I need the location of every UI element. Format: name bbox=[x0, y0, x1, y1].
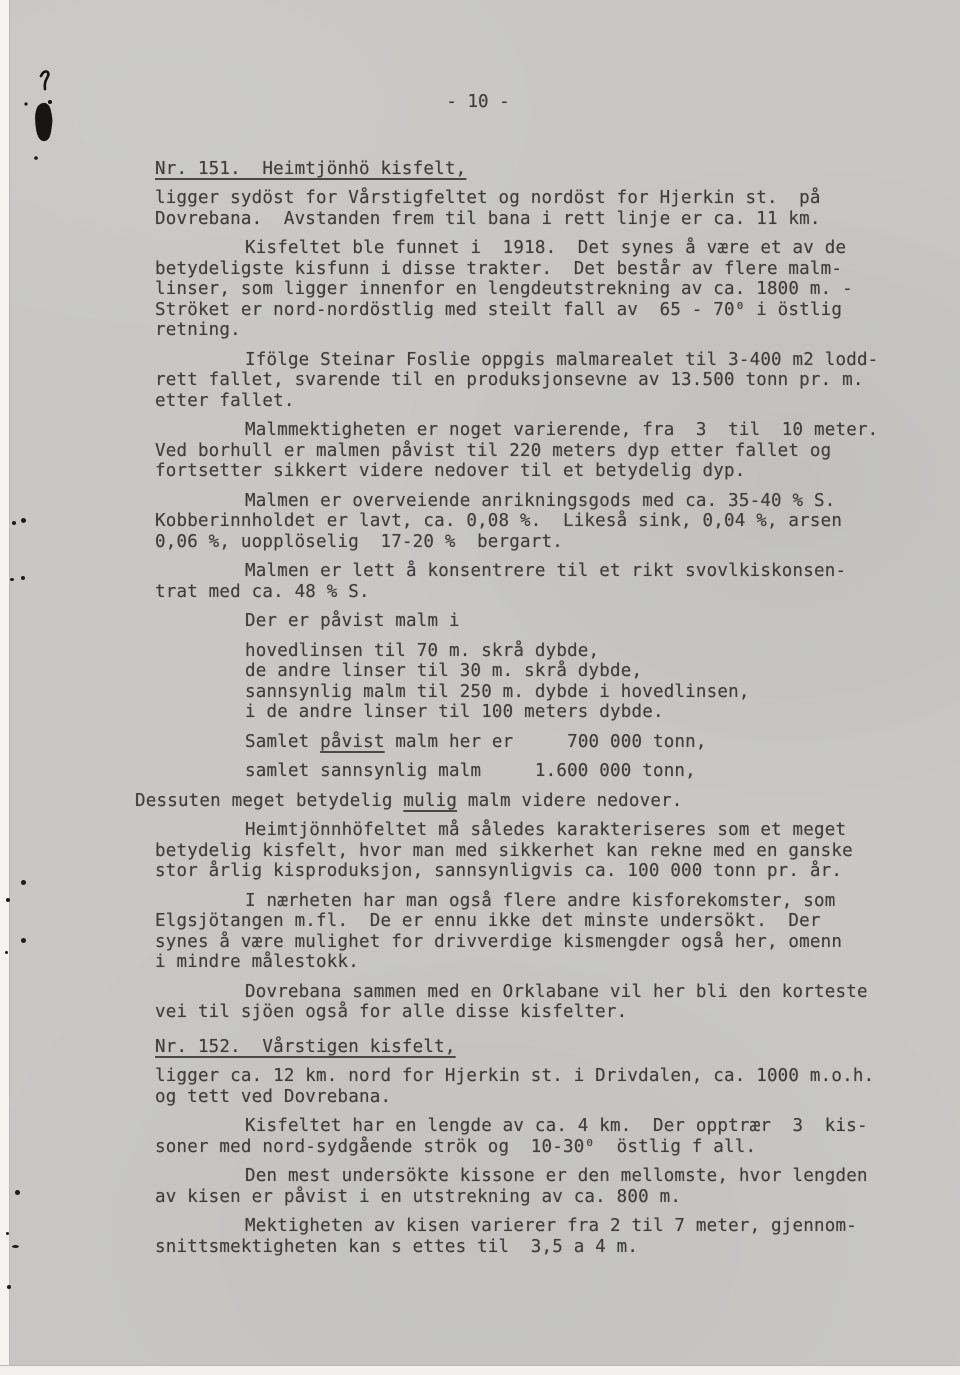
text-segment: snittsmektigheten kan s ettes til 3,5 a … bbox=[155, 1237, 638, 1257]
paragraph: Mektigheten av kisen varierer fra 2 til … bbox=[155, 1216, 920, 1257]
text-line: Dovrebana sammen med en Orklabane vil he… bbox=[155, 982, 920, 1003]
text-line: Dovrebana. Avstanden frem til bana i ret… bbox=[155, 209, 920, 230]
text-line: Kisfeltet har en lengde av ca. 4 km. Der… bbox=[155, 1116, 920, 1137]
text-segment: Malmen er overveiende anrikningsgods med… bbox=[245, 491, 835, 511]
text-line: Malmen er lett å konsentrere til et rikt… bbox=[155, 561, 920, 582]
margin-speck bbox=[21, 880, 26, 885]
text-segment: Malmmektigheten er noget varierende, fra… bbox=[245, 420, 878, 440]
text-line: Ifölge Steinar Foslie oppgis malmarealet… bbox=[155, 350, 920, 371]
text-segment: betydeligste kisfunn i disse trakter. De… bbox=[155, 259, 842, 279]
paragraph: Malmen er lett å konsentrere til et rikt… bbox=[155, 561, 920, 602]
paragraph: Ifölge Steinar Foslie oppgis malmarealet… bbox=[155, 350, 920, 412]
text-line: Ved borhull er malmen påvist til 220 met… bbox=[155, 441, 920, 462]
text-segment: Ifölge Steinar Foslie oppgis malmarealet… bbox=[245, 350, 878, 370]
text-segment: hovedlinsen til 70 m. skrå dybde, bbox=[245, 641, 599, 661]
text-segment: vei til sjöen også for alle disse kisfel… bbox=[155, 1002, 627, 1022]
margin-speck bbox=[21, 938, 26, 943]
text-line: fortsetter sikkert videre nedover til et… bbox=[155, 461, 920, 482]
text-line: stor årlig kisproduksjon, sannsynligvis … bbox=[155, 861, 920, 882]
margin-speck bbox=[6, 898, 10, 902]
margin-speck bbox=[21, 576, 25, 580]
nr-152-heading: Nr. 152. Vårstigen kisfelt, bbox=[155, 1037, 920, 1058]
paragraph: Dessuten meget betydelig mulig malm vide… bbox=[155, 791, 920, 812]
page-content: - 10 - Nr. 151. Heimtjönhö kisfelt,ligge… bbox=[0, 0, 960, 1257]
text-line: de andre linser til 30 m. skrå dybde, bbox=[155, 661, 920, 682]
text-segment: linser, som ligger innenfor en lengdeuts… bbox=[155, 279, 853, 299]
underlined-text: Nr. 151. Heimtjönhö kisfelt, bbox=[155, 159, 466, 179]
text-segment: Elgsjötangen m.fl. De er ennu ikke det m… bbox=[155, 911, 821, 931]
text-line: i mindre målestokk. bbox=[155, 952, 920, 973]
text-segment: retning. bbox=[155, 320, 241, 340]
scan-edge-bottom bbox=[0, 1365, 960, 1375]
paragraph: hovedlinsen til 70 m. skrå dybde,de andr… bbox=[155, 641, 920, 723]
text-segment: i mindre målestokk. bbox=[155, 952, 359, 972]
text-segment: synes å være mulighet for drivverdige ki… bbox=[155, 932, 842, 952]
text-line: hovedlinsen til 70 m. skrå dybde, bbox=[155, 641, 920, 662]
paragraph: Samlet påvist malm her er 700 000 tonn, bbox=[155, 732, 920, 753]
text-segment: Ved borhull er malmen påvist til 220 met… bbox=[155, 441, 831, 461]
paragraph: I nærheten har man også flere andre kisf… bbox=[155, 891, 920, 973]
text-segment: ligger ca. 12 km. nord for Hjerkin st. i… bbox=[155, 1066, 874, 1086]
paragraph: Malmen er overveiende anrikningsgods med… bbox=[155, 491, 920, 553]
text-segment: sannsynlig malm til 250 m. dybde i hoved… bbox=[245, 682, 750, 702]
text-line: sannsynlig malm til 250 m. dybde i hoved… bbox=[155, 682, 920, 703]
text-segment: samlet sannsynlig malm 1.600 000 tonn, bbox=[245, 761, 696, 781]
underlined-text: påvist bbox=[320, 732, 384, 752]
text-line: Malmen er overveiende anrikningsgods med… bbox=[155, 491, 920, 512]
text-segment: de andre linser til 30 m. skrå dybde, bbox=[245, 661, 642, 681]
text-line: Malmmektigheten er noget varierende, fra… bbox=[155, 420, 920, 441]
text-segment: soner med nord-sydgående strök og 10-30⁰… bbox=[155, 1137, 756, 1157]
text-line: trat med ca. 48 % S. bbox=[155, 582, 920, 603]
paragraph: ligger sydöst for Vårstigfeltet og nordö… bbox=[155, 188, 920, 229]
text-segment: i de andre linser til 100 meters dybde. bbox=[245, 702, 664, 722]
text-line: og tett ved Dovrebana. bbox=[155, 1087, 920, 1108]
text-line: Heimtjönnhöfeltet må således karakterise… bbox=[155, 820, 920, 841]
text-line: i de andre linser til 100 meters dybde. bbox=[155, 702, 920, 723]
text-line: Nr. 151. Heimtjönhö kisfelt, bbox=[155, 159, 920, 180]
text-line: av kisen er påvist i en utstrekning av c… bbox=[155, 1187, 920, 1208]
margin-speck bbox=[5, 951, 8, 954]
text-segment: etter fallet. bbox=[155, 391, 295, 411]
paragraph: Malmmektigheten er noget varierende, fra… bbox=[155, 420, 920, 482]
text-segment: malm her er 700 000 tonn, bbox=[385, 732, 707, 752]
paragraph: Kisfeltet har en lengde av ca. 4 km. Der… bbox=[155, 1116, 920, 1157]
text-line: I nærheten har man også flere andre kisf… bbox=[155, 891, 920, 912]
text-segment: Der er påvist malm i bbox=[245, 611, 460, 631]
text-line: Elgsjötangen m.fl. De er ennu ikke det m… bbox=[155, 911, 920, 932]
paragraph: Dovrebana sammen med en Orklabane vil he… bbox=[155, 982, 920, 1023]
paragraph: ligger ca. 12 km. nord for Hjerkin st. i… bbox=[155, 1066, 920, 1107]
text-segment: I nærheten har man også flere andre kisf… bbox=[245, 891, 835, 911]
text-line: snittsmektigheten kan s ettes til 3,5 a … bbox=[155, 1237, 920, 1258]
margin-speck bbox=[15, 1190, 20, 1195]
text-line: soner med nord-sydgående strök og 10-30⁰… bbox=[155, 1137, 920, 1158]
margin-speck bbox=[12, 521, 16, 525]
margin-speck bbox=[10, 578, 14, 581]
text-segment: av kisen er påvist i en utstrekning av c… bbox=[155, 1187, 681, 1207]
text-segment: ligger sydöst for Vårstigfeltet og nordö… bbox=[155, 188, 821, 208]
text-segment: trat med ca. 48 % S. bbox=[155, 582, 370, 602]
text-segment: Malmen er lett å konsentrere til et rikt… bbox=[245, 561, 846, 581]
text-line: synes å være mulighet for drivverdige ki… bbox=[155, 932, 920, 953]
text-line: ligger ca. 12 km. nord for Hjerkin st. i… bbox=[155, 1066, 920, 1087]
margin-speck bbox=[7, 1285, 11, 1289]
nr-151-heading: Nr. 151. Heimtjönhö kisfelt, bbox=[155, 159, 920, 180]
text-segment: Heimtjönnhöfeltet må således karakterise… bbox=[245, 820, 846, 840]
text-line: rett fallet, svarende til en produksjons… bbox=[155, 370, 920, 391]
text-segment: Mektigheten av kisen varierer fra 2 til … bbox=[245, 1216, 857, 1236]
paragraph: Der er påvist malm i bbox=[155, 611, 920, 632]
paragraph: Den mest undersökte kissone er den mello… bbox=[155, 1166, 920, 1207]
text-line: Den mest undersökte kissone er den mello… bbox=[155, 1166, 920, 1187]
text-segment: og tett ved Dovrebana. bbox=[155, 1087, 391, 1107]
scanned-document-page: - 10 - Nr. 151. Heimtjönhö kisfelt,ligge… bbox=[0, 0, 960, 1375]
text-segment: 0,06 %, uopplöselig 17-20 % bergart. bbox=[155, 532, 563, 552]
underlined-text: Nr. 152. Vårstigen kisfelt, bbox=[155, 1037, 456, 1057]
text-line: betydeligste kisfunn i disse trakter. De… bbox=[155, 259, 920, 280]
margin-speck bbox=[6, 1232, 9, 1235]
text-line: linser, som ligger innenfor en lengdeuts… bbox=[155, 279, 920, 300]
text-line: etter fallet. bbox=[155, 391, 920, 412]
text-segment: rett fallet, svarende til en produksjons… bbox=[155, 370, 864, 390]
text-block: Nr. 151. Heimtjönhö kisfelt,ligger sydös… bbox=[155, 159, 920, 1258]
text-line: Ströket er nord-nordöstlig med steilt fa… bbox=[155, 300, 920, 321]
text-segment: Kobberinnholdet er lavt, ca. 0,08 %. Lik… bbox=[155, 511, 842, 531]
text-line: retning. bbox=[155, 320, 920, 341]
text-segment: Ströket er nord-nordöstlig med steilt fa… bbox=[155, 300, 842, 320]
text-line: Nr. 152. Vårstigen kisfelt, bbox=[155, 1037, 920, 1058]
text-segment: Dessuten meget betydelig bbox=[135, 791, 403, 811]
text-segment: Kisfeltet ble funnet i 1918. Det synes å… bbox=[245, 238, 846, 258]
text-segment: Den mest undersökte kissone er den mello… bbox=[245, 1166, 868, 1186]
text-segment: stor årlig kisproduksjon, sannsynligvis … bbox=[155, 861, 842, 881]
margin-speck bbox=[12, 1245, 19, 1248]
text-segment: malm videre nedover. bbox=[457, 791, 682, 811]
paragraph: Kisfeltet ble funnet i 1918. Det synes å… bbox=[155, 238, 920, 341]
paragraph: samlet sannsynlig malm 1.600 000 tonn, bbox=[155, 761, 920, 782]
text-segment: Samlet bbox=[245, 732, 320, 752]
text-line: Der er påvist malm i bbox=[155, 611, 920, 632]
paragraph: Heimtjönnhöfeltet må således karakterise… bbox=[155, 820, 920, 882]
text-line: Kobberinnholdet er lavt, ca. 0,08 %. Lik… bbox=[155, 511, 920, 532]
text-line: 0,06 %, uopplöselig 17-20 % bergart. bbox=[155, 532, 920, 553]
text-line: betydelig kisfelt, hvor man med sikkerhe… bbox=[155, 841, 920, 862]
text-line: Dessuten meget betydelig mulig malm vide… bbox=[135, 791, 920, 812]
text-segment: Dovrebana sammen med en Orklabane vil he… bbox=[245, 982, 868, 1002]
text-segment: Dovrebana. Avstanden frem til bana i ret… bbox=[155, 209, 821, 229]
text-line: samlet sannsynlig malm 1.600 000 tonn, bbox=[155, 761, 920, 782]
text-line: Mektigheten av kisen varierer fra 2 til … bbox=[155, 1216, 920, 1237]
text-line: ligger sydöst for Vårstigfeltet og nordö… bbox=[155, 188, 920, 209]
underlined-text: mulig bbox=[403, 791, 457, 811]
text-segment: Kisfeltet har en lengde av ca. 4 km. Der… bbox=[245, 1116, 868, 1136]
text-line: Kisfeltet ble funnet i 1918. Det synes å… bbox=[155, 238, 920, 259]
margin-speck bbox=[21, 518, 26, 523]
text-segment: betydelig kisfelt, hvor man med sikkerhe… bbox=[155, 841, 853, 861]
text-line: vei til sjöen også for alle disse kisfel… bbox=[155, 1002, 920, 1023]
page-number: - 10 - bbox=[155, 92, 801, 113]
text-segment: fortsetter sikkert videre nedover til et… bbox=[155, 461, 745, 481]
text-line: Samlet påvist malm her er 700 000 tonn, bbox=[155, 732, 920, 753]
